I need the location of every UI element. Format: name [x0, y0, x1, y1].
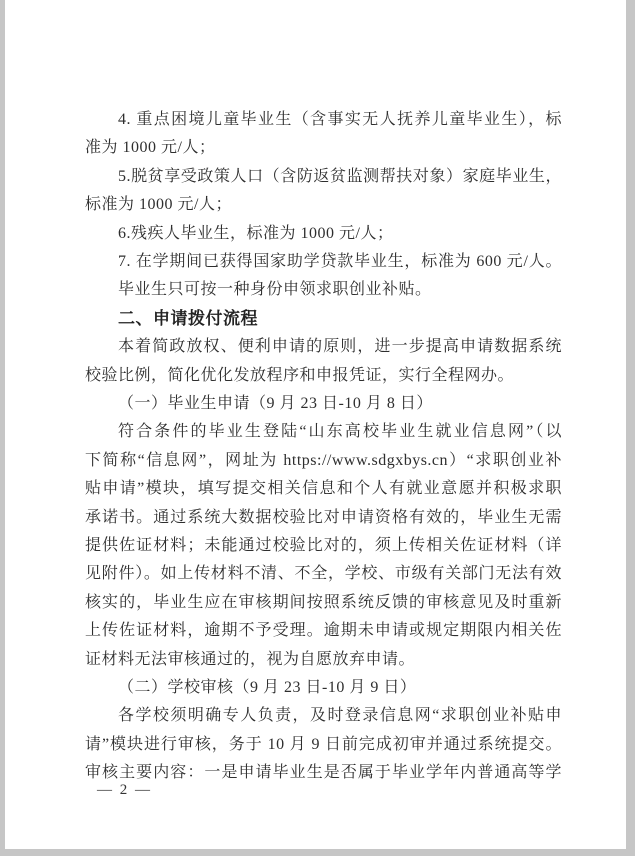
- scan-edge-bottom: [0, 849, 635, 856]
- body-line: 4. 重点困境儿童毕业生（含事实无人抚养儿童毕业生），标: [85, 106, 562, 134]
- body-line: 核实的，毕业生应在审核期间按照系统反馈的审核意见及时重新: [85, 589, 562, 617]
- subsection-heading: （一）毕业生申请（9 月 23 日-10 月 8 日）: [85, 390, 562, 418]
- body-line: 承诺书。通过系统大数据校验比对申请资格有效的，毕业生无需: [85, 504, 562, 532]
- body-line: 毕业生只可按一种身份申领求职创业补贴。: [85, 276, 562, 304]
- body-line: 5.脱贫享受政策人口（含防返贫监测帮扶对象）家庭毕业生，: [85, 163, 562, 191]
- scanned-document-page: 4. 重点困境儿童毕业生（含事实无人抚养儿童毕业生），标 准为 1000 元/人…: [0, 0, 635, 856]
- body-line: 符合条件的毕业生登陆“山东高校毕业生就业信息网”（以: [85, 418, 562, 446]
- body-line: 请”模块进行审核，务于 10 月 9 日前完成初审并通过系统提交。: [85, 731, 562, 759]
- body-line: 本着简政放权、便利申请的原则，进一步提高申请数据系统: [85, 333, 562, 361]
- scan-edge-left: [0, 0, 5, 856]
- body-line: 准为 1000 元/人；: [85, 134, 562, 162]
- subsection-heading: （二）学校审核（9 月 23 日-10 月 9 日）: [85, 674, 562, 702]
- body-line: 校验比例，简化优化发放程序和申报凭证，实行全程网办。: [85, 362, 562, 390]
- scan-edge-right: [626, 0, 635, 856]
- body-line: 各学校须明确专人负责，及时登录信息网“求职创业补贴申: [85, 702, 562, 730]
- body-line: 提供佐证材料；未能通过校验比对的，须上传相关佐证材料（详: [85, 532, 562, 560]
- section-heading: 二、申请拨付流程: [85, 305, 562, 333]
- body-line: 见附件）。如上传材料不清、不全，学校、市级有关部门无法有效: [85, 560, 562, 588]
- page-number: — 2 —: [97, 781, 152, 799]
- body-line: 审核主要内容：一是申请毕业生是否属于毕业学年内普通高等学: [85, 759, 562, 787]
- body-line: 下简称“信息网”，网址为 https://www.sdgxbys.cn）“求职创…: [85, 447, 562, 475]
- body-line: 证材料无法审核通过的，视为自愿放弃申请。: [85, 646, 562, 674]
- body-line: 贴申请”模块，填写提交相关信息和个人有就业意愿并积极求职: [85, 475, 562, 503]
- body-line: 6.残疾人毕业生，标准为 1000 元/人；: [85, 220, 562, 248]
- body-line: 标准为 1000 元/人；: [85, 191, 562, 219]
- body-line: 上传佐证材料，逾期不予受理。逾期未申请或规定期限内相关佐: [85, 617, 562, 645]
- body-line: 7. 在学期间已获得国家助学贷款毕业生，标准为 600 元/人。: [85, 248, 562, 276]
- document-body: 4. 重点困境儿童毕业生（含事实无人抚养儿童毕业生），标 准为 1000 元/人…: [85, 106, 562, 788]
